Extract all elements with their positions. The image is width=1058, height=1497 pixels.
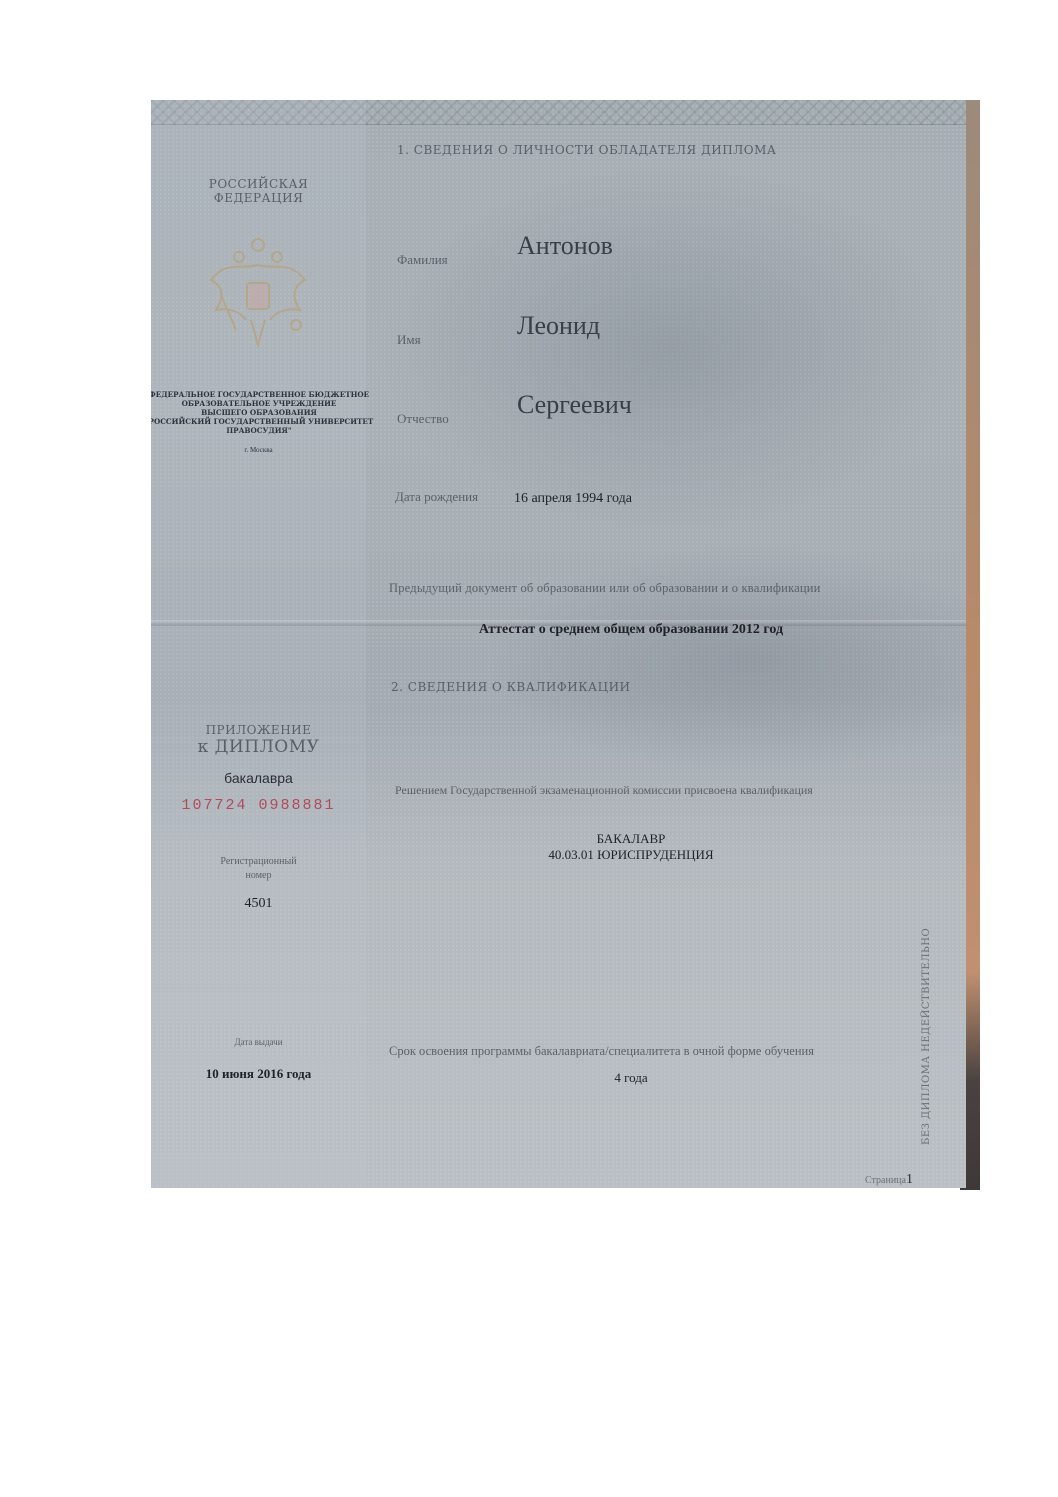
- institution-name: ФЕДЕРАЛЬНОЕ ГОСУДАРСТВЕННОЕ БЮДЖЕТНОЕ ОБ…: [151, 390, 379, 435]
- degree-level: бакалавра: [151, 770, 366, 786]
- study-duration-label: Срок освоения программы бакалавриата/спе…: [389, 1044, 814, 1059]
- section1-title: 1. СВЕДЕНИЯ О ЛИЧНОСТИ ОБЛАДАТЕЛЯ ДИПЛОМ…: [397, 143, 776, 157]
- diploma-appendix-sheet: РОССИЙСКАЯ ФЕДЕРАЦИЯ ФЕДЕРАЛЬНОЕ ГОСУДАР…: [151, 100, 966, 1188]
- issue-date-label: Дата выдачи: [151, 1037, 366, 1047]
- appendix-title-line-2: к ДИПЛОМУ: [151, 739, 366, 756]
- birth-date-value: 16 апреля 1994 года: [514, 491, 632, 507]
- institution-line: ФЕДЕРАЛЬНОЕ ГОСУДАРСТВЕННОЕ БЮДЖЕТНОЕ: [151, 390, 379, 399]
- surname-label: Фамилия: [397, 252, 448, 268]
- qualification-decision-label: Решением Государственной экзаменационной…: [395, 783, 813, 798]
- name-value: Леонид: [517, 311, 600, 341]
- country-heading: РОССИЙСКАЯ ФЕДЕРАЦИЯ: [151, 177, 366, 205]
- patronymic-value: Сергеевич: [517, 390, 632, 420]
- country-line-1: РОССИЙСКАЯ: [151, 177, 366, 191]
- institution-line: "РОССИЙСКИЙ ГОСУДАРСТВЕННЫЙ УНИВЕРСИТЕТ: [151, 417, 379, 426]
- institution-line: ПРАВОСУДИЯ": [151, 426, 379, 435]
- page-indicator: Страница1: [865, 1172, 913, 1188]
- russian-coat-of-arms-icon: [201, 235, 316, 355]
- page-number: 1: [906, 1172, 913, 1187]
- name-label: Имя: [397, 332, 421, 348]
- country-line-2: ФЕДЕРАЦИЯ: [151, 191, 366, 205]
- appendix-title: ПРИЛОЖЕНИЕ к ДИПЛОМУ: [151, 722, 366, 756]
- previous-document-label: Предыдущий документ об образовании или о…: [389, 581, 821, 596]
- patronymic-label: Отчество: [397, 411, 449, 427]
- page-label: Страница: [865, 1175, 906, 1186]
- validity-note: БЕЗ ДИПЛОМА НЕДЕЙСТВИТЕЛЬНО: [921, 945, 941, 1145]
- registration-label: Регистрационный номер: [151, 855, 366, 883]
- institution-line: ВЫСШЕГО ОБРАЗОВАНИЯ: [151, 408, 379, 417]
- qualification-block: БАКАЛАВР 40.03.01 ЮРИСПРУДЕНЦИЯ: [471, 831, 791, 863]
- study-duration-value: 4 года: [541, 1070, 721, 1086]
- serial-number: 107724 0988881: [151, 797, 366, 814]
- registration-label-line-2: номер: [151, 869, 366, 883]
- qualification-value: БАКАЛАВР: [471, 831, 791, 847]
- registration-number: 4501: [151, 896, 366, 912]
- previous-document-value: Аттестат о среднем общем образовании 201…: [371, 622, 891, 638]
- specialty-value: 40.03.01 ЮРИСПРУДЕНЦИЯ: [471, 847, 791, 863]
- surname-value: Антонов: [517, 231, 613, 261]
- registration-label-line-1: Регистрационный: [151, 855, 366, 869]
- section2-title: 2. СВЕДЕНИЯ О КВАЛИФИКАЦИИ: [391, 680, 631, 694]
- issue-date: 10 июня 2016 года: [151, 1066, 366, 1082]
- institution-city: г. Москва: [151, 446, 366, 454]
- institution-line: ОБРАЗОВАТЕЛЬНОЕ УЧРЕЖДЕНИЕ: [151, 399, 379, 408]
- birth-date-label: Дата рождения: [395, 489, 478, 505]
